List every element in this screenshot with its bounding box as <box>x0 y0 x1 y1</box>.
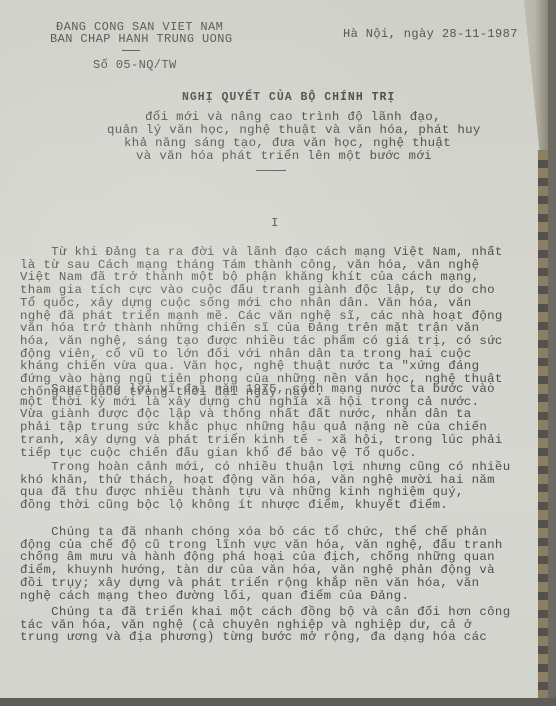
paragraph-2-line: tiếp tục cuộc chiến đấu gian khổ để bảo … <box>20 446 417 460</box>
page-edge <box>538 150 548 698</box>
resolution-number: Số 05-NQ/TW <box>93 58 177 72</box>
subtitle-line: và văn hóa phát triển lên một bước mới <box>136 149 432 163</box>
subtitle-line: khả năng sáng tạo, đưa văn học, nghệ thu… <box>124 136 451 150</box>
header-divider <box>122 50 140 51</box>
paragraph-3-line: đồng thời cũng bộc lộ không ít nhược điể… <box>20 498 448 512</box>
paragraph-4-line: nghệ cách mạng theo đường lối, quan điểm… <box>20 589 409 603</box>
section-numeral: I <box>271 216 279 230</box>
subtitle-line: đổi mới và nâng cao trình độ lãnh đạo, <box>145 110 441 124</box>
committee-name: BAN CHAP HANH TRUNG UONG <box>50 32 232 46</box>
subtitle-line: quản lý văn học, nghệ thuật và văn hóa, … <box>107 123 481 137</box>
table-surface <box>0 698 556 706</box>
document-page: ĐANG CONG SAN VIET NAM BAN CHAP HANH TRU… <box>0 0 548 698</box>
place-date: Hà Nội, ngày 28-11-1987 <box>343 27 518 41</box>
paragraph-5-line: trung ương và địa phương) từng bước mở r… <box>20 630 487 644</box>
document-title: NGHỊ QUYẾT CỦA BỘ CHÍNH TRỊ <box>182 91 395 105</box>
title-divider <box>256 170 286 171</box>
